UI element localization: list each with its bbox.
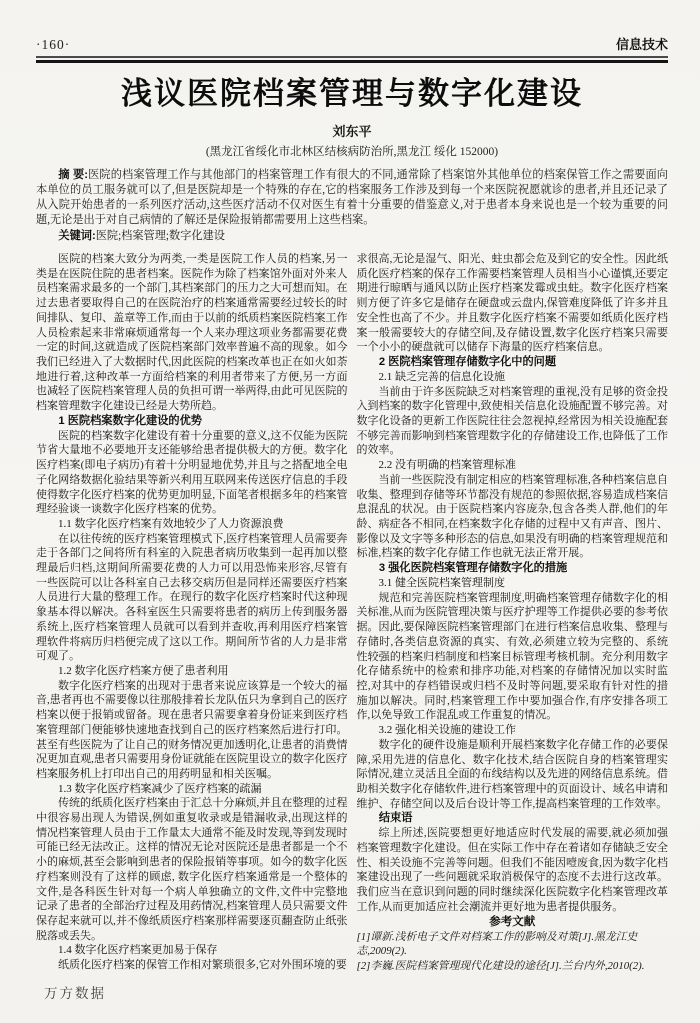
section-2-2-paragraph: 当前一些医院没有制定相应的档案管理标准,各种档案信息自收集、整理到存储等环节都没…	[357, 473, 669, 561]
article-title: 浅议医院档案管理与数字化建设	[36, 76, 668, 112]
section-1-3-heading: 1.3 数字化医疗档案减少了医疗档案的疏漏	[36, 782, 348, 797]
conclusion-heading: 结束语	[357, 811, 669, 826]
author-name: 刘东平	[36, 121, 668, 140]
section-1-2-paragraph: 数字化医疗档案的出现对于患者来说应该算是一个较大的福音,患者再也不需要像以往那般…	[36, 679, 348, 782]
reference-item-2: [2]李巍.医院档案管理现代化建设的途径[J].兰台内外,2010(2).	[357, 959, 669, 974]
left-column: 医院的档案大致分为两类,一类是医院工作人员的档案,另一类是在医院住院的患者档案。…	[36, 252, 348, 973]
section-3-2-heading: 3.2 强化相关设施的建设工作	[357, 723, 669, 738]
section-2-1-paragraph: 当前由于许多医院缺乏对档案管理的重视,没有足够的资金投入到档案的数字化管理中,致…	[357, 385, 669, 459]
page-number: ·160·	[36, 37, 70, 53]
section-1-2-heading: 1.2 数字化医疗档案方便了患者利用	[36, 664, 348, 679]
section-3-2-paragraph: 数字化的硬件设施是顺利开展档案数字化存储工作的必要保障,采用先进的信息化、数字化…	[357, 738, 669, 812]
section-2-2-heading: 2.2 没有明确的档案管理标准	[357, 458, 669, 473]
section-3-heading: 3 强化医院档案管理存储数字化的措施	[357, 561, 669, 576]
wanfang-data-watermark: 万方数据	[44, 982, 106, 1002]
paper-page: ·160· 信息技术 浅议医院档案管理与数字化建设 刘东平 (黑龙江省绥化市北林…	[0, 0, 700, 973]
section-1-1-paragraph: 在以往传统的医疗档案管理模式下,医疗档案管理人员需要奔走于各部门之间将所有科室的…	[36, 532, 348, 664]
abstract-text: 医院的档案管理工作与其他部门的档案管理工作有很大的不同,通常除了档案馆外其他单位…	[36, 169, 668, 226]
two-column-body: 医院的档案大致分为两类,一类是医院工作人员的档案,另一类是在医院住院的患者档案。…	[36, 252, 668, 973]
conclusion-paragraph: 综上所述,医院要想更好地适应时代发展的需要,就必须加强档案管理数字化建设。但在实…	[357, 826, 669, 914]
section-1-4-heading: 1.4 数字化医疗档案更加易于保存	[36, 943, 348, 958]
section-1-4-paragraph-continuation: 求很高,无论是湿气、阳光、蛀虫都会危及到它的安全性。因此纸质化医疗档案的保存工作…	[357, 252, 669, 355]
author-affiliation: (黑龙江省绥化市北林区结核病防治所,黑龙江 绥化 152000)	[36, 143, 668, 159]
abstract-label: 摘 要:	[58, 169, 88, 181]
section-1-heading: 1 医院档案数字化建设的优势	[36, 414, 348, 429]
page-header: ·160· 信息技术	[36, 36, 668, 53]
section-3-1-heading: 3.1 健全医院档案管理制度	[357, 576, 669, 591]
section-1-paragraph: 医院的档案数字化建设有着十分重要的意义,这不仅能为医院节省大量地不必要地开支还能…	[36, 429, 348, 517]
journal-section-label: 信息技术	[616, 34, 668, 53]
section-2-1-heading: 2.1 缺乏完善的信息化设施	[357, 370, 669, 385]
keywords-line: 关键词:医院;档案管理;数字化建设	[36, 229, 668, 244]
section-1-1-heading: 1.1 数字化医疗档案有效地较少了人力资源浪费	[36, 517, 348, 532]
reference-item-1: [1]谭新.浅析电子文件对档案工作的影响及对策[J].黑龙江史志,2009(2)…	[357, 930, 669, 959]
section-1-4-paragraph-start: 纸质化医疗档案的保管工作相对繁琐很多,它对外围环境的要	[36, 958, 348, 973]
section-3-1-paragraph: 规范和完善医院档案管理制度,明确档案管理存储数字化的相关标准,从而为医院管理决策…	[357, 591, 669, 723]
right-column: 求很高,无论是湿气、阳光、蛀虫都会危及到它的安全性。因此纸质化医疗档案的保存工作…	[357, 252, 669, 973]
keywords-text: 医院;档案管理;数字化建设	[96, 230, 225, 242]
intro-paragraph: 医院的档案大致分为两类,一类是医院工作人员的档案,另一类是在医院住院的患者档案。…	[36, 252, 348, 414]
header-rule-divider	[36, 56, 668, 63]
section-2-heading: 2 医院档案管理存储数字化中的问题	[357, 355, 669, 370]
section-1-3-paragraph: 传统的纸质化医疗档案由于汇总十分麻烦,并且在整理的过程中很容易出现人为错误,例如…	[36, 796, 348, 943]
abstract-paragraph: 摘 要:医院的档案管理工作与其他部门的档案管理工作有很大的不同,通常除了档案馆外…	[36, 168, 668, 228]
keywords-label: 关键词:	[58, 230, 95, 242]
references-heading: 参考文献	[357, 915, 669, 930]
